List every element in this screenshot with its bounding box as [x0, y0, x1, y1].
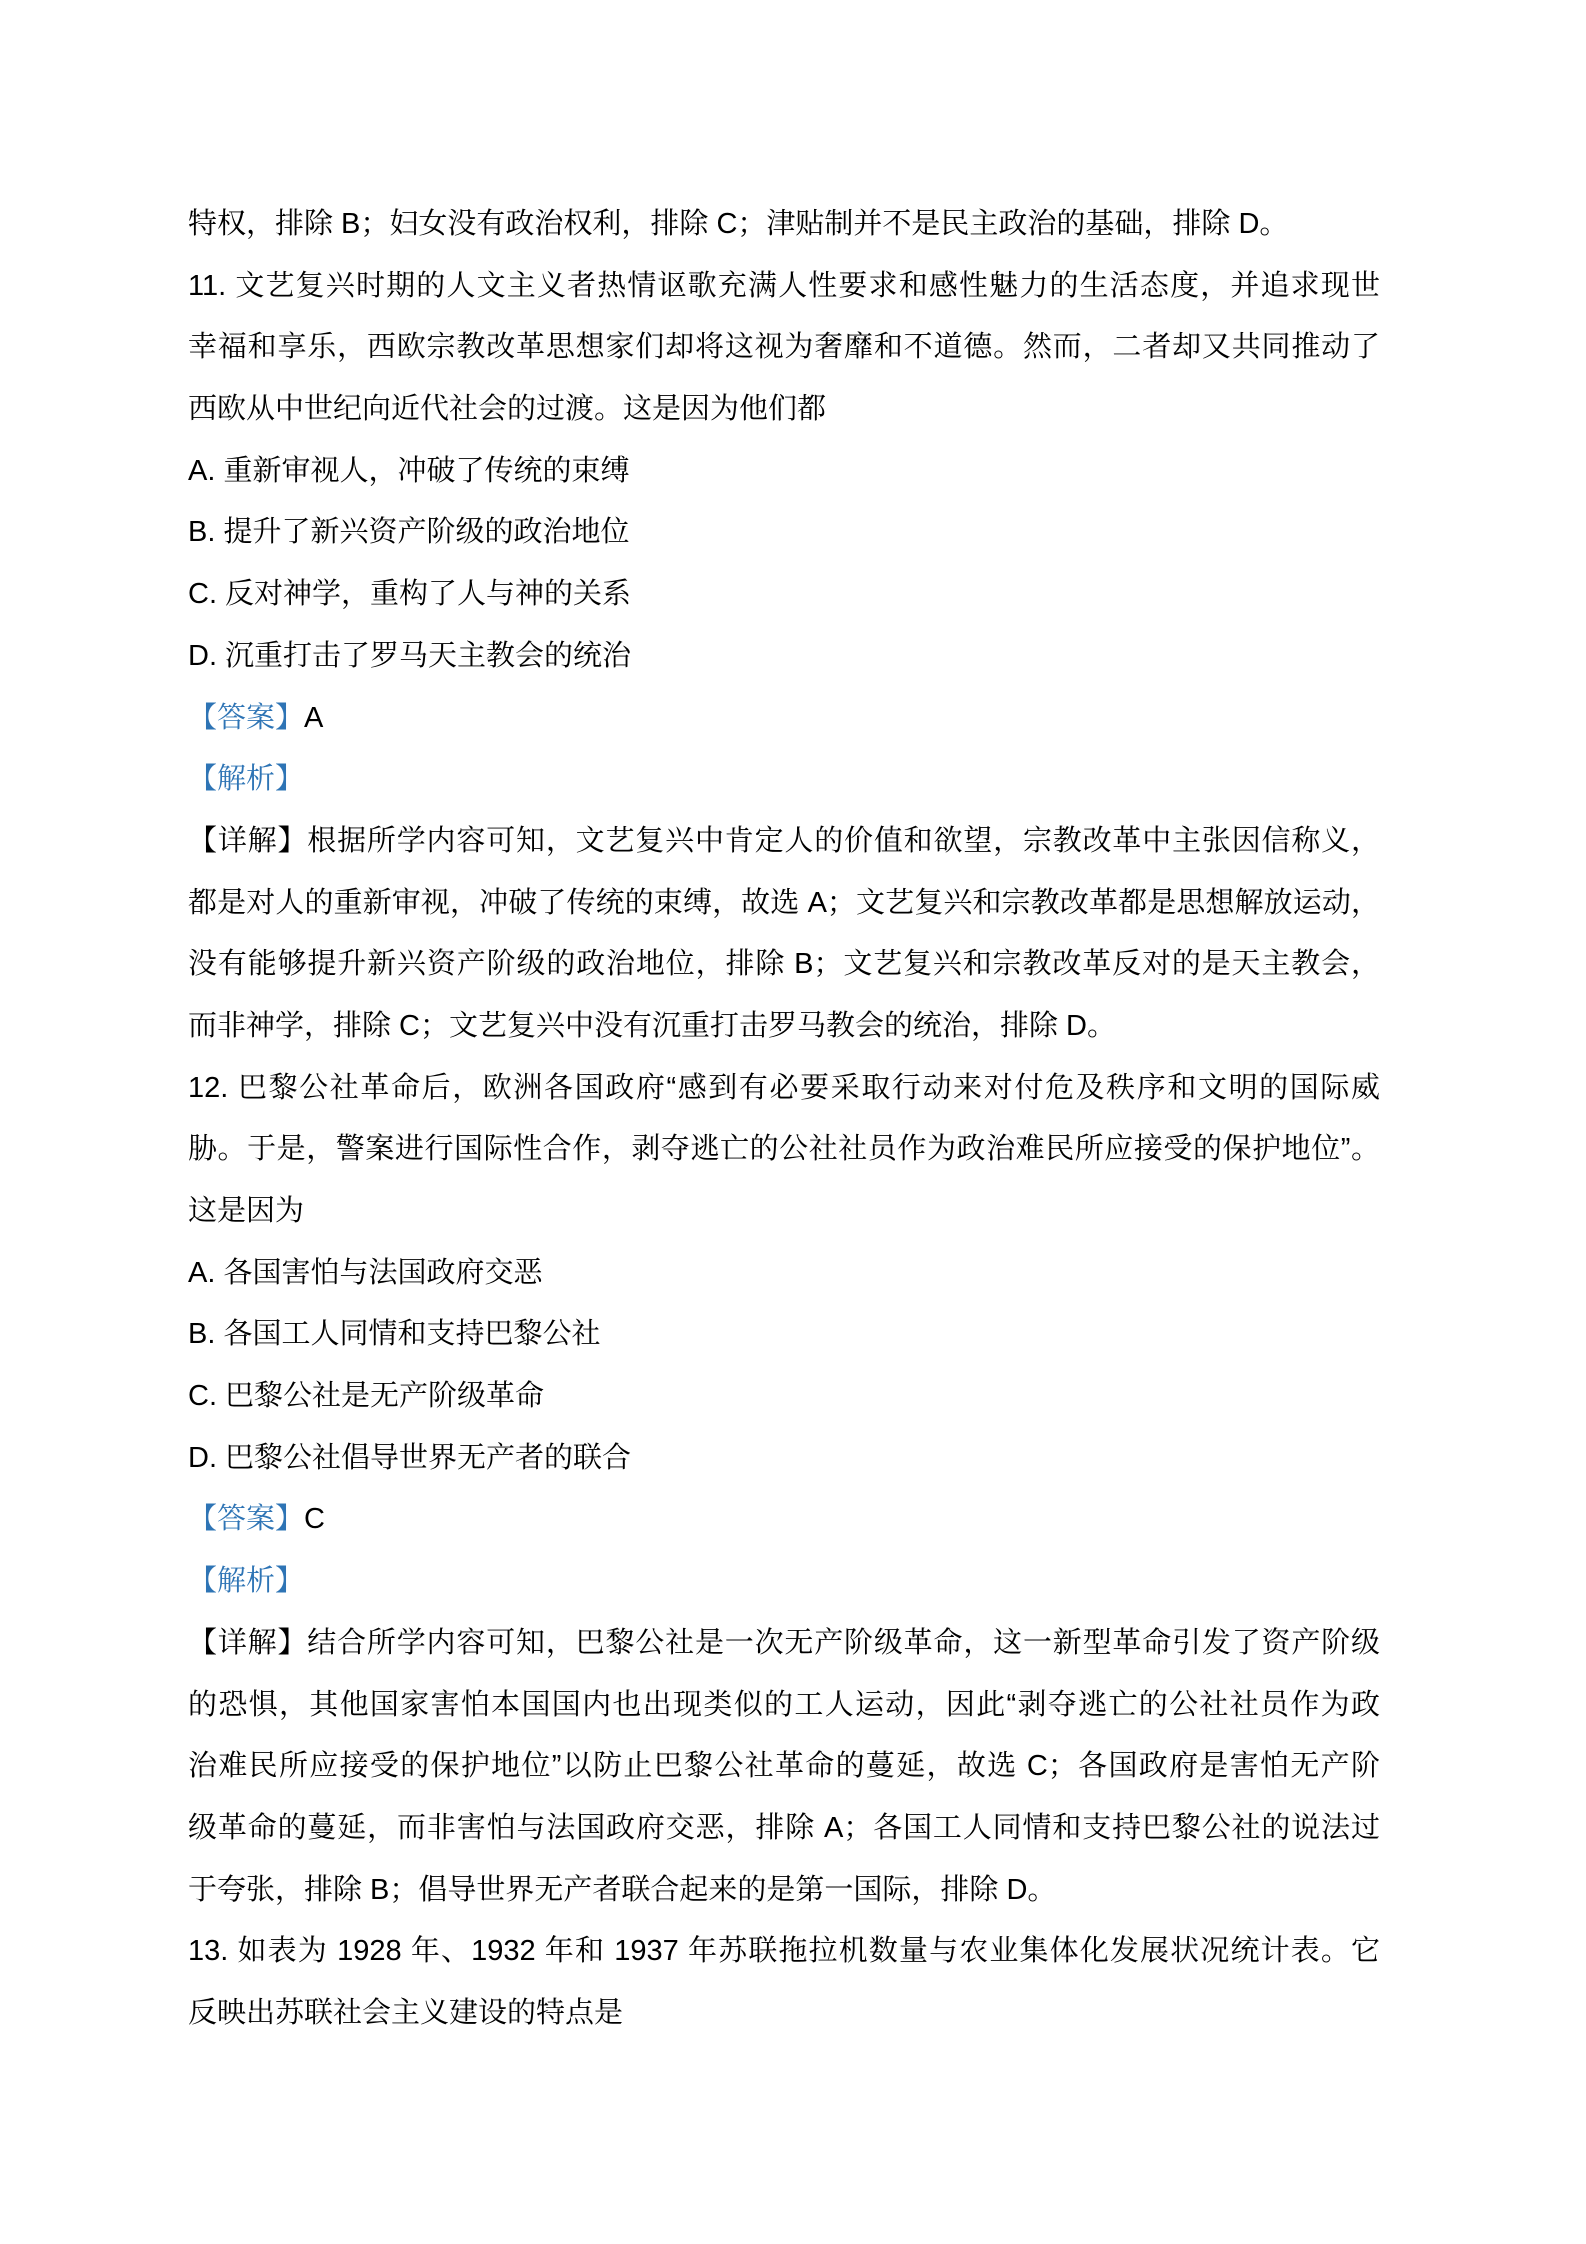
question-11-option-d: D. 沉重打击了罗马天主教会的统治: [188, 626, 1380, 688]
question-12-detail-line-5: 于夸张，排除 B；倡导世界无产者联合起来的是第一国际，排除 D。: [188, 1860, 1380, 1922]
question-12: 12. 巴黎公社革命后，欧洲各国政府“感到有必要采取行动来对付危及秩序和文明的国…: [188, 1058, 1380, 1922]
question-11: 11. 文艺复兴时期的人文主义者热情讴歌充满人性要求和感性魅力的生活态度，并追求…: [188, 256, 1380, 1058]
question-12-answer-line: 【答案】C: [188, 1489, 1380, 1551]
question-11-detail-line-4: 而非神学，排除 C；文艺复兴中没有沉重打击罗马教会的统治，排除 D。: [188, 996, 1380, 1058]
question-11-option-b: B. 提升了新兴资产阶级的政治地位: [188, 502, 1380, 564]
question-12-analysis-line: 【解析】: [188, 1551, 1380, 1613]
question-11-option-c: C. 反对神学，重构了人与神的关系: [188, 564, 1380, 626]
question-12-option-b: B. 各国工人同情和支持巴黎公社: [188, 1304, 1380, 1366]
question-13-stem-line-1: 13. 如表为 1928 年、1932 年和 1937 年苏联拖拉机数量与农业集…: [188, 1921, 1380, 1983]
question-11-analysis-line: 【解析】: [188, 749, 1380, 811]
question-11-detail-line-2: 都是对人的重新审视，冲破了传统的束缚，故选 A；文艺复兴和宗教改革都是思想解放运…: [188, 873, 1380, 935]
question-11-stem-line-1: 11. 文艺复兴时期的人文主义者热情讴歌充满人性要求和感性魅力的生活态度，并追求…: [188, 256, 1380, 318]
question-13-stem-line-2: 反映出苏联社会主义建设的特点是: [188, 1983, 1380, 2045]
question-12-detail-line-4: 级革命的蔓延，而非害怕与法国政府交恶，排除 A；各国工人同情和支持巴黎公社的说法…: [188, 1798, 1380, 1860]
question-12-option-a: A. 各国害怕与法国政府交恶: [188, 1243, 1380, 1305]
question-12-detail-line-1: 【详解】结合所学内容可知，巴黎公社是一次无产阶级革命，这一新型革命引发了资产阶级: [188, 1613, 1380, 1675]
question-13: 13. 如表为 1928 年、1932 年和 1937 年苏联拖拉机数量与农业集…: [188, 1921, 1380, 2044]
question-11-answer-line: 【答案】A: [188, 688, 1380, 750]
question-11-option-a: A. 重新审视人，冲破了传统的束缚: [188, 441, 1380, 503]
answer-label: 【答案】: [188, 1503, 304, 1535]
question-12-detail-line-2: 的恐惧，其他国家害怕本国国内也出现类似的工人运动，因此“剥夺逃亡的公社社员作为政: [188, 1675, 1380, 1737]
question-11-stem-line-3: 西欧从中世纪向近代社会的过渡。这是因为他们都: [188, 379, 1380, 441]
question-11-detail-line-1: 【详解】根据所学内容可知，文艺复兴中肯定人的价值和欲望，宗教改革中主张因信称义，: [188, 811, 1380, 873]
question-12-option-d: D. 巴黎公社倡导世界无产者的联合: [188, 1428, 1380, 1490]
answer-value: C: [304, 1503, 325, 1535]
question-12-stem-line-3: 这是因为: [188, 1181, 1380, 1243]
analysis-label: 【解析】: [188, 1565, 304, 1597]
answer-label: 【答案】: [188, 702, 304, 734]
document-page: 特权，排除 B；妇女没有政治权利，排除 C；津贴制并不是民主政治的基础，排除 D…: [188, 194, 1380, 2045]
question-12-stem-line-1: 12. 巴黎公社革命后，欧洲各国政府“感到有必要采取行动来对付危及秩序和文明的国…: [188, 1058, 1380, 1120]
question-11-detail-line-3: 没有能够提升新兴资产阶级的政治地位，排除 B；文艺复兴和宗教改革反对的是天主教会…: [188, 934, 1380, 996]
answer-value: A: [304, 702, 323, 734]
answer-tail-line: 特权，排除 B；妇女没有政治权利，排除 C；津贴制并不是民主政治的基础，排除 D…: [188, 194, 1380, 256]
analysis-label: 【解析】: [188, 763, 304, 795]
question-12-option-c: C. 巴黎公社是无产阶级革命: [188, 1366, 1380, 1428]
question-12-detail-line-3: 治难民所应接受的保护地位”以防止巴黎公社革命的蔓延，故选 C；各国政府是害怕无产…: [188, 1736, 1380, 1798]
question-12-stem-line-2: 胁。于是，警案进行国际性合作，剥夺逃亡的公社社员作为政治难民所应接受的保护地位”…: [188, 1119, 1380, 1181]
question-11-stem-line-2: 幸福和享乐，西欧宗教改革思想家们却将这视为奢靡和不道德。然而，二者却又共同推动了: [188, 317, 1380, 379]
